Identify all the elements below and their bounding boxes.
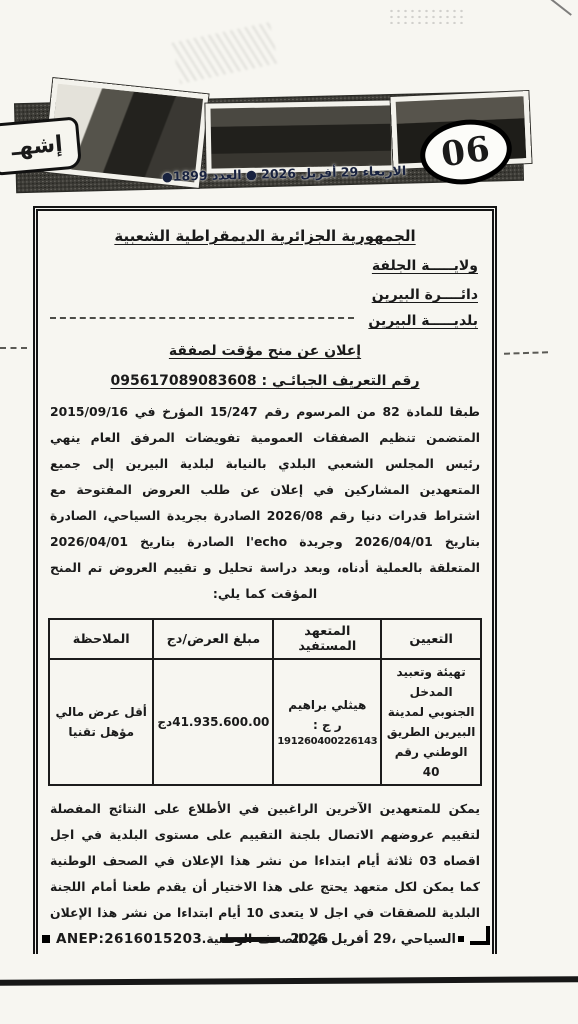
frame-corner [470,926,490,945]
announcement-title: إعلان عن منح مؤقت لصفقة [169,343,361,359]
award-table-header-row: التعيين المتعهد المستفيد مبلغ العرض/دج ا… [49,619,481,659]
newspaper-masthead: إشهـ 06 الاربعاء 29 أفريل 2026 ● العدد 1… [0,84,578,198]
dashed-mark-right [504,351,548,355]
scan-smudge [388,8,466,24]
commune-line: بلديـــــة البيرين [368,313,478,329]
contractor-rc-label: ر ج : [277,715,377,735]
wilaya-line: ولايـــــة الجلفة [372,258,478,274]
intro-paragraph: طبقا للمادة 82 من المرسوم رقم 15/247 الم… [50,399,480,607]
dashed-mark-left [0,347,27,349]
commune-row: بلديـــــة البيرين [48,303,482,329]
square-bullet-icon [42,935,50,943]
header-designation: التعيين [381,619,481,659]
dashed-separator [50,317,354,319]
award-table-row: تهيئة وتعبيد المدخل الجنوبي لمدينة البير… [49,659,481,785]
pen-mark [550,0,572,16]
contractor-name: هيثلي براهيم [277,695,377,715]
footer-rule [220,936,280,941]
republic-title: الجمهورية الجزائرية الديمقراطية الشعبية [114,227,415,245]
daira-line: دائــــرة البيرين [372,287,478,303]
tax-id-line: رقم التعريف الجبائـي : 095617089083608 [110,373,419,389]
journal-date-text: السياحي ،29 أفريل 2026 [290,932,456,947]
anep-number: ANEP:2616015203 [56,931,202,947]
header-contractor: المتعهد المستفيد [273,619,381,659]
page-bottom-rule [0,976,578,986]
cell-contractor: هيثلي براهيم ر ج : 191260400226143 [273,659,381,785]
cell-amount: 41.935.600.00دج [153,659,273,785]
header-note: الملاحظة [49,619,153,659]
cell-designation: تهيئة وتعبيد المدخل الجنوبي لمدينة البير… [381,659,481,785]
advert-section-label: إشهـ [10,131,63,160]
contractor-rc-number: 191260400226143 [277,735,377,749]
advert-section-ribbon: إشهـ [0,116,82,175]
announcement-document: الجمهورية الجزائرية الديمقراطية الشعبية … [33,206,497,954]
scan-smudge [172,22,279,84]
square-bullet-icon [458,936,464,942]
announcement-footer: ANEP:2616015203 السياحي ،29 أفريل 2026 [42,926,490,952]
header-amount: مبلغ العرض/دج [153,619,273,659]
journal-date: السياحي ،29 أفريل 2026 [290,932,464,947]
cell-note: أقل عرض مالي مؤهل تقنيا [49,659,153,785]
award-table: التعيين المتعهد المستفيد مبلغ العرض/دج ا… [48,618,482,786]
masthead-photo [205,100,396,173]
